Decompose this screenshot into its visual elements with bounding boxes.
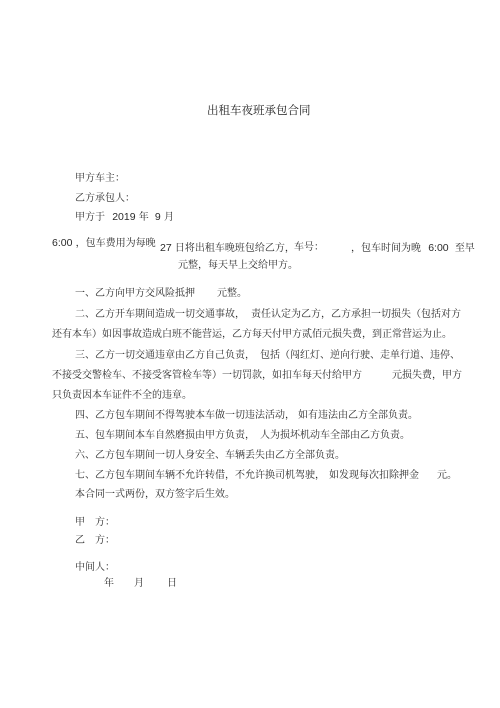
clause-4a: 四、乙方包车期间不得驾驶本车做一切违法活动，	[75, 410, 295, 422]
signature-day: 日	[167, 578, 177, 590]
row-b-text1: 日将出租车晚班包给乙方，	[175, 243, 295, 254]
row-c: 元整，每天早上交给甲方。	[178, 260, 298, 272]
signature-party-b: 乙 方：	[75, 535, 115, 547]
signature-party-a: 甲 方：	[75, 517, 115, 529]
clause-1b: 元整。	[217, 288, 247, 300]
clause-3d: 元损失费，甲方	[392, 370, 462, 382]
clause-2c: 还有本车）如因事故造成白班不能营运，乙方每天付甲方贰佰元损失费，到正常营运为止。	[52, 329, 452, 341]
clause-3a: 三、乙方一切交通违章由乙方自己负责，	[75, 350, 255, 362]
date-month-unit: 月	[164, 212, 174, 223]
row-b: 27 日将出租车晚班包给乙方，	[160, 242, 295, 255]
date-line: 甲方于 2019 年 9 月	[75, 211, 174, 224]
clause-7b: 如发现每次扣除押金	[329, 470, 419, 482]
row-b-text2: ，包车时间为晚	[351, 243, 421, 254]
signature-middleman: 中间人：	[75, 562, 115, 574]
row-a-text: ，包车费用为每晚	[76, 238, 156, 249]
copies-note: 本合同一式两份，双方签字后生效。	[75, 489, 235, 501]
clause-3e: 只负责因本车证件不全的违章。	[52, 390, 192, 402]
clause-7c: 元。	[437, 470, 457, 482]
party-a-owner-label: 甲方车主：	[75, 173, 125, 185]
row-b-tail: ，包车时间为晚 6:00 至早	[351, 242, 475, 255]
clause-7a: 七、乙方包车期间车辆不允许转借，不允许换司机驾驶，	[75, 470, 325, 482]
date-month: 9	[155, 211, 161, 223]
clause-6: 六、乙方包车期间一切人身安全、车辆丢失由乙方全部负责。	[75, 450, 345, 462]
row-b-day: 27	[160, 242, 172, 254]
row-b-text3: 至早	[455, 243, 475, 254]
signature-year: 年	[104, 578, 114, 590]
document-title: 出租车夜班承包合同	[207, 104, 311, 116]
signature-month: 月	[134, 578, 144, 590]
clause-5b: 人为损坏机动车全部由乙方负责。	[260, 430, 410, 442]
clause-2b: 责任认定为乙方，乙方承担一切损失（包括对方	[251, 309, 461, 321]
clause-3c: 不接受交警检车、不接受客管检车等）一切罚款，如扣车每天付给甲方	[52, 370, 362, 382]
clause-5a: 五、包车期间本车自然磨损由甲方负责，	[75, 430, 255, 442]
party-b-contractor-label: 乙方承包人：	[75, 193, 135, 205]
date-year-unit: 年	[139, 212, 149, 223]
row-a: 6:00 ，包车费用为每晚	[52, 237, 156, 250]
car-number-label: 车号：	[294, 242, 324, 254]
date-year: 2019	[112, 211, 135, 223]
clause-2a: 二、乙方开车期间造成一切交通事故，	[75, 309, 245, 321]
clause-4b: 如有违法由乙方全部负责。	[298, 410, 418, 422]
clause-3b: 包括（闯红灯、逆向行驶、走单行道、违停、	[260, 350, 460, 362]
clause-1a: 一、乙方向甲方交风险抵押	[75, 288, 195, 300]
date-prefix: 甲方于	[75, 212, 105, 223]
row-a-time: 6:00	[52, 237, 72, 249]
row-b-time: 6:00	[428, 242, 448, 254]
